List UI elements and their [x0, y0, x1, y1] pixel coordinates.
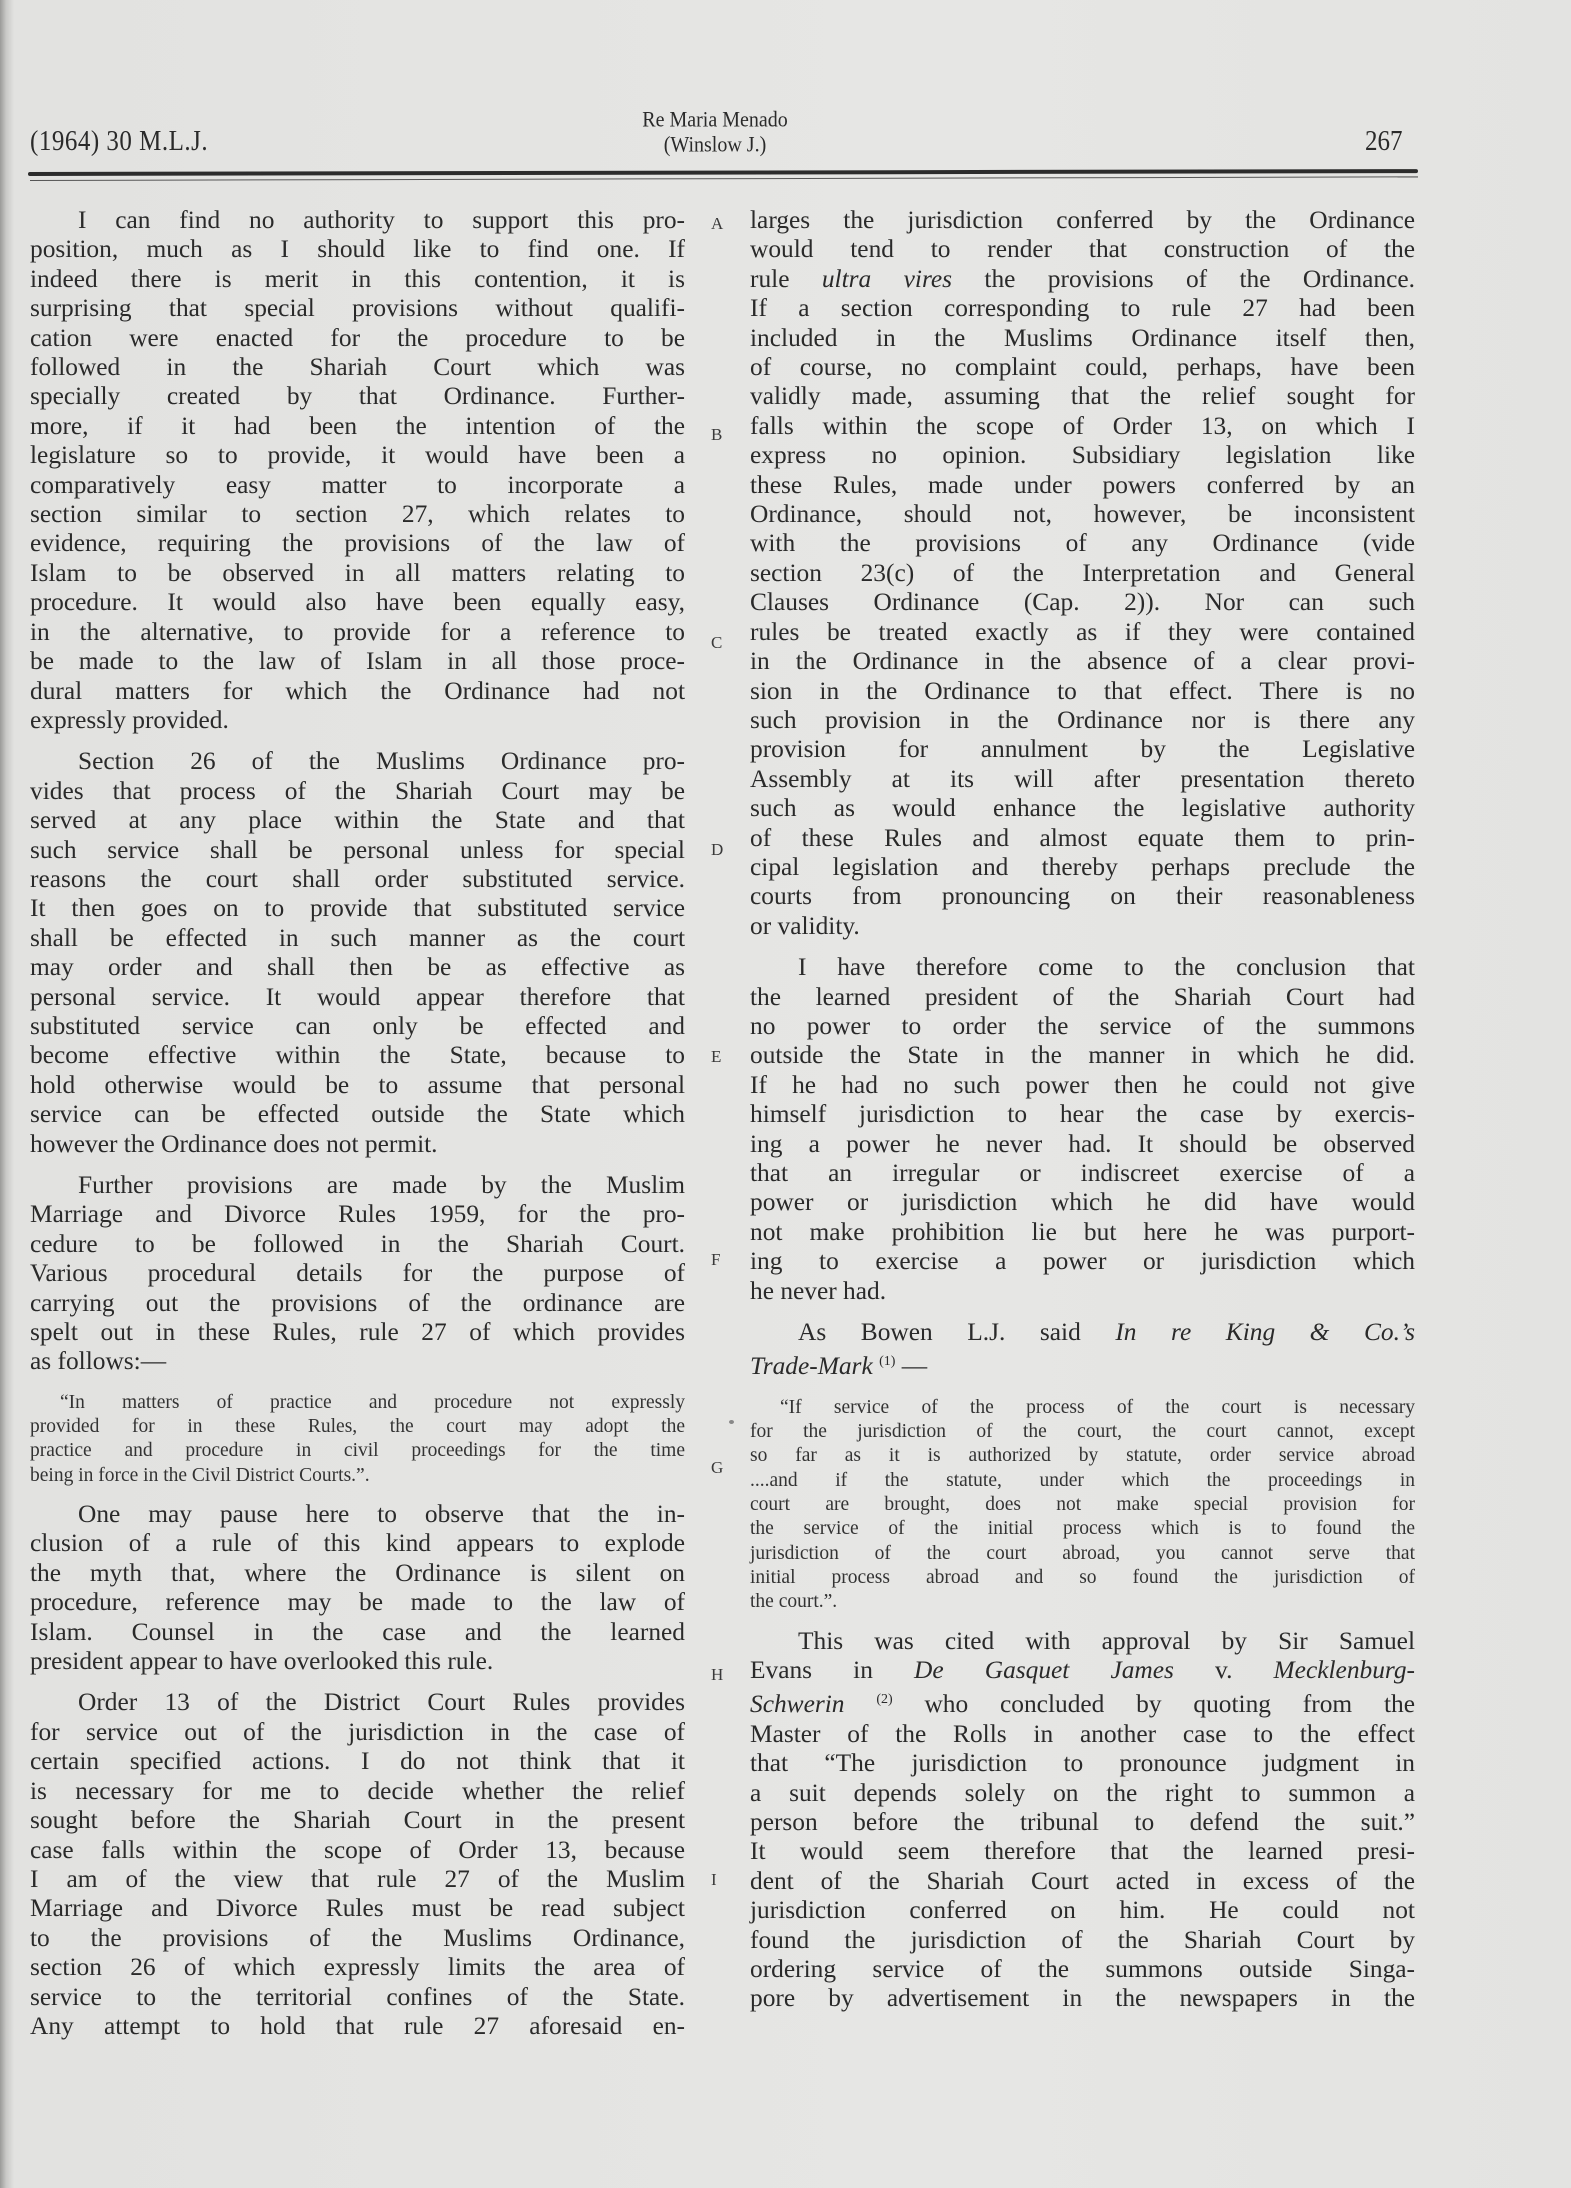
text-line: “If service of the process of the court … [750, 1396, 1415, 1420]
margin-letter: B [711, 425, 722, 445]
text-line: service to the territorial confines of t… [30, 1983, 685, 2012]
text-line: section similar to section 27, which rel… [30, 500, 685, 529]
text-line: jurisdiction of the court abroad, you ca… [750, 1542, 1415, 1566]
text-line: cedure to be followed in the Shariah Cou… [30, 1230, 685, 1259]
text-line: indeed there is merit in this contention… [30, 265, 685, 294]
text-line: such service shall be personal unless fo… [30, 836, 685, 865]
text-line: Further provisions are made by the Musli… [30, 1171, 685, 1200]
text-line: the learned president of the Shariah Cou… [750, 983, 1415, 1012]
text-line: power or jurisdiction which he did have … [750, 1188, 1415, 1217]
text-line: provided for in these Rules, the court m… [30, 1415, 685, 1439]
text-line: more, if it had been the intention of th… [30, 412, 685, 441]
text-line: Evans in De Gasquet James v. Mecklenburg… [750, 1656, 1415, 1685]
text-line: “In matters of practice and procedure no… [30, 1391, 685, 1415]
text-line: This was cited with approval by Sir Samu… [750, 1627, 1415, 1656]
text-line: Order 13 of the District Court Rules pro… [30, 1688, 685, 1717]
text-line: pore by advertisement in the newspapers … [750, 1984, 1415, 2013]
text-line: sought before the Shariah Court in the p… [30, 1806, 685, 1835]
text-line: outside the State in the manner in which… [750, 1041, 1415, 1070]
text-line: procedure. It would also have been equal… [30, 588, 685, 617]
text-run: who concluded by quoting from the [893, 1690, 1415, 1718]
page-number: 267 [1365, 126, 1403, 158]
law-report-citation: (1964) 30 M.L.J. [30, 126, 208, 158]
text-line: If he had no such power then he could no… [750, 1071, 1415, 1100]
case-title: Re Maria Menado [560, 108, 870, 133]
text-line: found the jurisdiction of the Shariah Co… [750, 1926, 1415, 1955]
text-run: As Bowen L.J. said [798, 1318, 1115, 1346]
text-line: clusion of a rule of this kind appears t… [30, 1529, 685, 1558]
paragraph: Section 26 of the Muslims Ordinance pro-… [30, 747, 685, 1159]
text-line: Assembly at its will after presentation … [750, 765, 1415, 794]
text-line: spelt out in these Rules, rule 27 of whi… [30, 1318, 685, 1347]
paragraph: I have therefore come to the conclusion … [750, 953, 1415, 1306]
text-line: ing to exercise a power or jurisdiction … [750, 1247, 1415, 1276]
text-line: Trade-Mark (1) — [750, 1347, 1415, 1381]
margin-letter: I [711, 1870, 717, 1890]
text-line: position, much as I should like to find … [30, 235, 685, 264]
text-line: in the Ordinance in the absence of a cle… [750, 647, 1415, 676]
header-rule-thin [30, 176, 1418, 181]
text-line: ing a power he never had. It should be o… [750, 1130, 1415, 1159]
paragraph: Order 13 of the District Court Rules pro… [30, 1688, 685, 2041]
text-line: followed in the Shariah Court which was [30, 353, 685, 382]
text-line: section 23(c) of the Interpretation and … [750, 559, 1415, 588]
case-name-italic: De Gasquet James [914, 1656, 1174, 1684]
italic-latin-term: ultra vires [822, 265, 952, 293]
text-line: such provision in the Ordinance nor is t… [750, 706, 1415, 735]
text-line: reasons the court shall order substitute… [30, 865, 685, 894]
text-line: courts from pronouncing on their reasona… [750, 882, 1415, 911]
text-line: It would seem therefore that the learned… [750, 1837, 1415, 1866]
case-name-italic: Schwerin [750, 1690, 845, 1718]
text-line: I have therefore come to the conclusion … [750, 953, 1415, 982]
text-line: evidence, requiring the provisions of th… [30, 529, 685, 558]
text-line: rules be treated exactly as if they were… [750, 618, 1415, 647]
judge-name: (Winslow J.) [560, 133, 870, 158]
paragraph: larges the jurisdiction conferred by the… [750, 206, 1415, 941]
text-line: specially created by that Ordinance. Fur… [30, 382, 685, 411]
margin-letter: F [711, 1250, 720, 1270]
paragraph: I can find no authority to support this … [30, 206, 685, 735]
text-line: be made to the law of Islam in all those… [30, 647, 685, 676]
document-page: (1964) 30 M.L.J. Re Maria Menado (Winslo… [0, 0, 1571, 2188]
text-line: I am of the view that rule 27 of the Mus… [30, 1865, 685, 1894]
text-line: or validity. [750, 912, 1415, 941]
left-column: I can find no authority to support this … [30, 206, 685, 2041]
text-line: cation were enacted for the procedure to… [30, 324, 685, 353]
text-line: express no opinion. Subsidiary legislati… [750, 441, 1415, 470]
paragraph-continuation: If a section corresponding to rule 27 ha… [750, 294, 1415, 941]
text-line: substituted service can only be effected… [30, 1012, 685, 1041]
text-line: dent of the Shariah Court acted in exces… [750, 1867, 1415, 1896]
text-line: certain specified actions. I do not thin… [30, 1747, 685, 1776]
text-line: I can find no authority to support this … [30, 206, 685, 235]
text-line: no power to order the service of the sum… [750, 1012, 1415, 1041]
text-line: with the provisions of any Ordinance (vi… [750, 529, 1415, 558]
text-line: of these Rules and almost equate them to… [750, 824, 1415, 853]
text-line: jurisdiction conferred on him. He could … [750, 1896, 1415, 1925]
text-line: being in force in the Civil District Cou… [30, 1464, 685, 1488]
text-line: included in the Muslims Ordinance itself… [750, 324, 1415, 353]
text-line: so far as it is authorized by statute, o… [750, 1444, 1415, 1468]
text-line: ordering service of the summons outside … [750, 1955, 1415, 1984]
paragraph: This was cited with approval by Sir Samu… [750, 1627, 1415, 2014]
text-line: validly made, assuming that the relief s… [750, 382, 1415, 411]
text-line: provision for annulment by the Legislati… [750, 735, 1415, 764]
right-column: larges the jurisdiction conferred by the… [750, 206, 1415, 2014]
case-title-block: Re Maria Menado (Winslow J.) [560, 108, 870, 159]
margin-letter: E [711, 1047, 721, 1067]
text-line: hold otherwise would be to assume that p… [30, 1071, 685, 1100]
text-line: of course, no complaint could, perhaps, … [750, 353, 1415, 382]
text-line: initial process abroad and so found the … [750, 1566, 1415, 1590]
text-line: become effective within the State, becau… [30, 1041, 685, 1070]
text-line: Schwerin (2) who concluded by quoting fr… [750, 1685, 1415, 1719]
block-quote: “If service of the process of the court … [750, 1396, 1415, 1615]
text-line: himself jurisdiction to hear the case by… [750, 1100, 1415, 1129]
block-quote: “In matters of practice and procedure no… [30, 1391, 685, 1488]
text-line: for the jurisdiction of the court, the c… [750, 1420, 1415, 1444]
text-line: case falls within the scope of Order 13,… [30, 1836, 685, 1865]
paragraph-continuation: Master of the Rolls in another case to t… [750, 1720, 1415, 2014]
text-line: legislature so to provide, it would have… [30, 441, 685, 470]
text-line: these Rules, made under powers conferred… [750, 471, 1415, 500]
text-line: rule ultra vires the provisions of the O… [750, 265, 1415, 294]
text-line: Marriage and Divorce Rules 1959, for the… [30, 1200, 685, 1229]
text-line: Any attempt to hold that rule 27 aforesa… [30, 2012, 685, 2041]
text-run: — [895, 1352, 927, 1380]
margin-letter: H [711, 1665, 723, 1685]
text-line: person before the tribunal to defend the… [750, 1808, 1415, 1837]
text-line: may order and shall then be as effective… [30, 953, 685, 982]
text-line: carrying out the provisions of the ordin… [30, 1289, 685, 1318]
text-line: a suit depends solely on the right to su… [750, 1779, 1415, 1808]
text-line: as follows:— [30, 1347, 685, 1376]
text-line: sion in the Ordinance to that effect. Th… [750, 677, 1415, 706]
text-run: the provisions of the Ordinance. [952, 265, 1415, 293]
text-line: As Bowen L.J. said In re King & Co.’s [750, 1318, 1415, 1347]
margin-letter: D [711, 840, 723, 860]
text-line: Section 26 of the Muslims Ordinance pro- [30, 747, 685, 776]
text-line: Ordinance, should not, however, be incon… [750, 500, 1415, 529]
text-line: he never had. [750, 1277, 1415, 1306]
paragraph: As Bowen L.J. said In re King & Co.’s Tr… [750, 1318, 1415, 1382]
margin-letter: C [711, 633, 722, 653]
text-line: Marriage and Divorce Rules must be read … [30, 1894, 685, 1923]
text-line: not make prohibition lie but here he was… [750, 1218, 1415, 1247]
footnote-ref: (1) [879, 1354, 895, 1369]
text-line: in the alternative, to provide for a ref… [30, 618, 685, 647]
text-line: that “The jurisdiction to pronounce judg… [750, 1749, 1415, 1778]
text-line: procedure, reference may be made to the … [30, 1588, 685, 1617]
text-line: It then goes on to provide that substitu… [30, 894, 685, 923]
text-line: Clauses Ordinance (Cap. 2)). Nor can suc… [750, 588, 1415, 617]
text-line: Islam. Counsel in the case and the learn… [30, 1618, 685, 1647]
text-line: the service of the initial process which… [750, 1517, 1415, 1541]
text-line: ....and if the statute, under which the … [750, 1469, 1415, 1493]
text-line: to the provisions of the Muslims Ordinan… [30, 1924, 685, 1953]
text-line: Various procedural details for the purpo… [30, 1259, 685, 1288]
text-line: the court.”. [750, 1590, 1415, 1614]
text-line: dural matters for which the Ordinance ha… [30, 677, 685, 706]
text-line: for service out of the jurisdiction in t… [30, 1718, 685, 1747]
text-line: shall be effected in such manner as the … [30, 924, 685, 953]
text-line: however the Ordinance does not permit. [30, 1130, 685, 1159]
text-line: cipal legislation and thereby perhaps pr… [750, 853, 1415, 882]
margin-letter: A [711, 214, 723, 234]
paper-speck [729, 1420, 734, 1424]
text-line: personal service. It would appear theref… [30, 983, 685, 1012]
text-line: service can be effected outside the Stat… [30, 1100, 685, 1129]
text-line: larges the jurisdiction conferred by the… [750, 206, 1415, 235]
text-line: would tend to render that construction o… [750, 235, 1415, 264]
footnote-ref: (2) [876, 1692, 892, 1707]
header-rule-thick [28, 169, 1418, 176]
text-line: section 26 of which expressly limits the… [30, 1953, 685, 1982]
text-line: president appear to have overlooked this… [30, 1647, 685, 1676]
text-line: is necessary for me to decide whether th… [30, 1777, 685, 1806]
text-line: vides that process of the Shariah Court … [30, 777, 685, 806]
text-line: Islam to be observed in all matters rela… [30, 559, 685, 588]
paragraph: One may pause here to observe that the i… [30, 1500, 685, 1676]
text-line: One may pause here to observe that the i… [30, 1500, 685, 1529]
case-name-italic: Trade-Mark [750, 1352, 873, 1380]
text-line: expressly provided. [30, 706, 685, 735]
text-line: served at any place within the State and… [30, 806, 685, 835]
case-name-italic: In re King & Co.’s [1115, 1318, 1415, 1346]
text-line: court are brought, does not make special… [750, 1493, 1415, 1517]
text-line: that an irregular or indiscreet exercise… [750, 1159, 1415, 1188]
running-header: (1964) 30 M.L.J. Re Maria Menado (Winslo… [0, 0, 1571, 180]
text-line: Master of the Rolls in another case to t… [750, 1720, 1415, 1749]
text-line: surprising that special provisions witho… [30, 294, 685, 323]
text-run: rule [750, 265, 822, 293]
paragraph: Further provisions are made by the Musli… [30, 1171, 685, 1377]
text-run: Evans in [750, 1656, 914, 1684]
text-line: the myth that, where the Ordinance is si… [30, 1559, 685, 1588]
margin-letter: G [711, 1458, 723, 1478]
text-line: practice and procedure in civil proceedi… [30, 1439, 685, 1463]
text-line: falls within the scope of Order 13, on w… [750, 412, 1415, 441]
text-line: If a section corresponding to rule 27 ha… [750, 294, 1415, 323]
text-run: v. [1174, 1656, 1274, 1684]
case-name-italic: Mecklenburg- [1274, 1656, 1415, 1684]
text-line: such as would enhance the legislative au… [750, 794, 1415, 823]
text-line: comparatively easy matter to incorporate… [30, 471, 685, 500]
